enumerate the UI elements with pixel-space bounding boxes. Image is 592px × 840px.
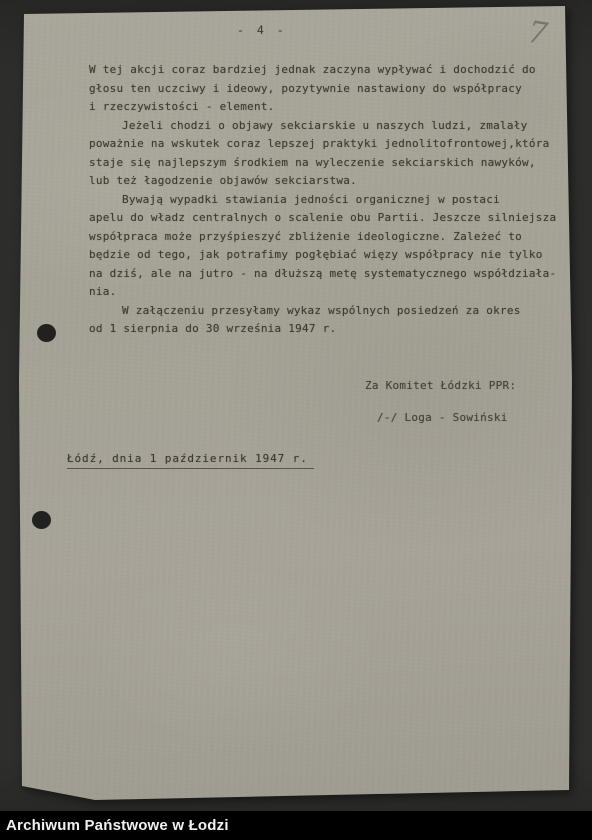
place-date-line: Łódź, dnia 1 październik 1947 r. (67, 451, 314, 469)
text-line: Jeżeli chodzi o objawy sekciarskie u nas… (89, 117, 561, 136)
text-line: od 1 sierpnia do 30 września 1947 r. (89, 320, 561, 339)
text-line: W załączeniu przesyłamy wykaz wspólnych … (89, 302, 561, 321)
typewritten-body: W tej akcji coraz bardziej jednak zaczyn… (89, 61, 561, 339)
text-line: będzie od tego, jak potrafimy pogłębiać … (89, 246, 561, 265)
text-line: na dziś, ale na jutro - na dłuższą metę … (89, 265, 561, 284)
text-line: staje się najlepszym środkiem na wylecze… (89, 154, 561, 173)
text-line: głosu ten uczciwy i ideowy, pozytywnie n… (89, 80, 561, 99)
archive-caption-label: Archiwum Państwowe w Łodzi (0, 817, 229, 834)
text-line: współpraca może przyśpieszyć zbliżenie i… (89, 228, 561, 247)
scan-background: - 4 - 7 W tej akcji coraz bardziej jedna… (0, 0, 592, 840)
page-number: - 4 - (237, 23, 287, 37)
text-line: apelu do władz centralnych o scalenie ob… (89, 209, 561, 228)
archive-caption-bar: Archiwum Państwowe w Łodzi (0, 811, 592, 840)
document-page: - 4 - 7 W tej akcji coraz bardziej jedna… (0, 0, 592, 840)
text-line: i rzeczywistości - element. (89, 98, 561, 117)
text-line: Za Komitet Łódzki PPR: (365, 377, 516, 396)
punch-hole-bottom (32, 511, 51, 529)
punch-hole-top (37, 324, 56, 342)
text-line: nia. (89, 283, 561, 302)
paragraph: Bywają wypadki stawiania jedności organi… (89, 191, 561, 302)
closing-signature: /-/ Loga - Sowiński (377, 409, 508, 428)
handwritten-folio-number: 7 (525, 15, 549, 53)
paragraph: W załączeniu przesyłamy wykaz wspólnych … (89, 302, 561, 339)
text-line: Bywają wypadki stawiania jedności organi… (89, 191, 561, 210)
text-line: W tej akcji coraz bardziej jednak zaczyn… (89, 61, 561, 80)
paragraph: Jeżeli chodzi o objawy sekciarskie u nas… (89, 117, 561, 191)
text-line: lub też łagodzenie objawów sekciarstwa. (89, 172, 561, 191)
text-line: /-/ Loga - Sowiński (377, 409, 508, 428)
closing-organization: Za Komitet Łódzki PPR: (365, 377, 516, 396)
text-line: poważnie na wskutek coraz lepszej prakty… (89, 135, 561, 154)
document-page-wrap: - 4 - 7 W tej akcji coraz bardziej jedna… (0, 0, 592, 840)
paragraph: W tej akcji coraz bardziej jednak zaczyn… (89, 61, 561, 117)
